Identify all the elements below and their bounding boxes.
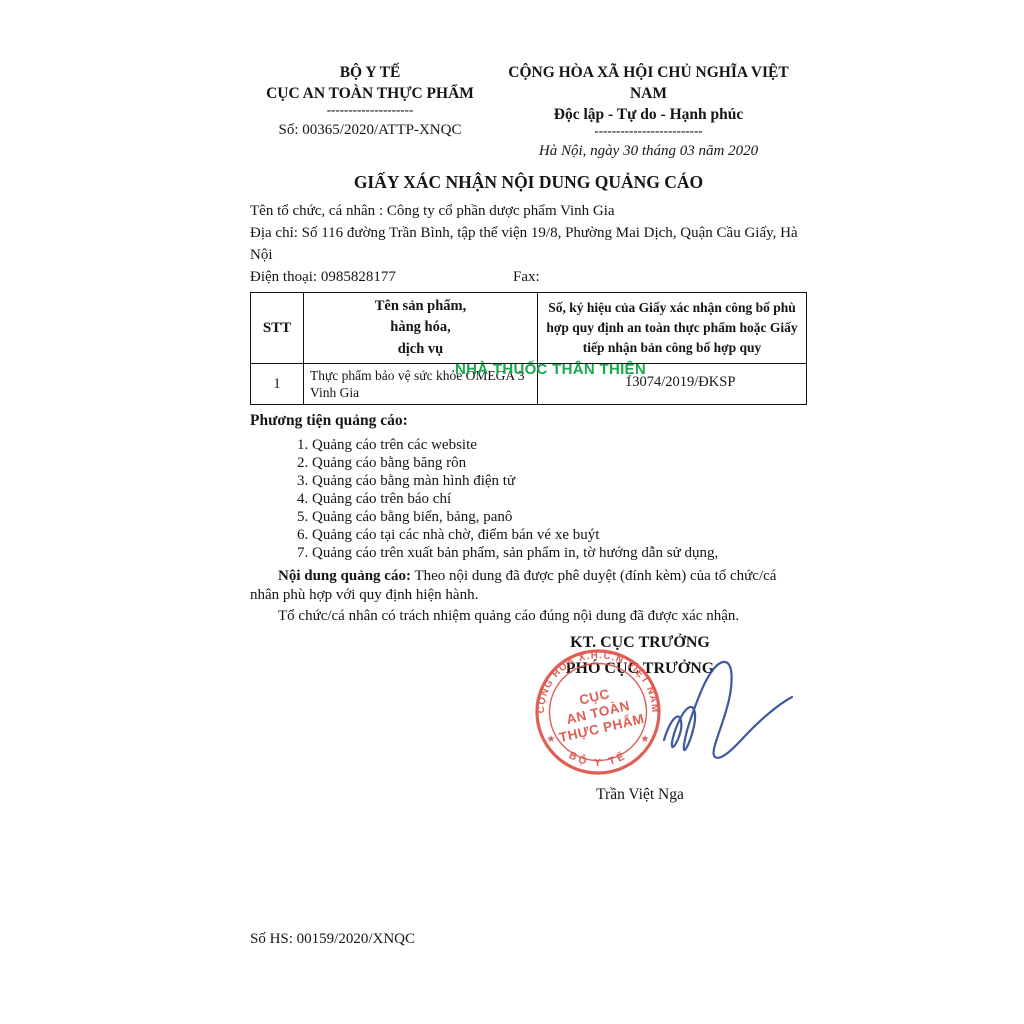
stamp-center-text: CỤC AN TOÀN THỰC PHẨM	[550, 680, 645, 745]
header-stt: STT	[251, 293, 304, 364]
ministry-name: BỘ Y TẾ	[250, 62, 490, 83]
header-product: Tên sản phẩm, hàng hóa, dịch vụ	[304, 293, 538, 364]
document-header: BỘ Y TẾ CỤC AN TOÀN THỰC PHẨM ----------…	[250, 62, 807, 162]
date-place-line: Hà Nội, ngày 30 tháng 03 năm 2020	[490, 141, 807, 162]
header-divider-right: -------------------------	[490, 125, 807, 137]
signature-stroke	[664, 662, 792, 758]
fax-label: Fax:	[513, 266, 540, 288]
address-line: Địa chỉ: Số 116 đường Trần Bình, tập thể…	[250, 222, 807, 266]
signer-name: Trần Việt Nga	[515, 786, 765, 804]
media-section-heading: Phương tiện quảng cáo:	[250, 410, 807, 432]
media-item: 5. Quảng cáo bằng biển, bảng, panô	[297, 508, 807, 526]
stamp-arc-bottom-text: BỘ Y TẾ	[567, 748, 630, 769]
header-right-column: CỘNG HÒA XÃ HỘI CHỦ NGHĨA VIỆT NAM Độc l…	[490, 62, 807, 162]
header-product-line: dịch vụ	[306, 339, 535, 360]
phone-line: Điện thoại: 0985828177	[250, 266, 513, 288]
organization-info: Tên tổ chức, cá nhân : Công ty cổ phần d…	[250, 200, 807, 288]
department-name: CỤC AN TOÀN THỰC PHẨM	[250, 83, 490, 104]
responsibility-paragraph: Tổ chức/cá nhân có trách nhiệm quảng cáo…	[250, 607, 807, 626]
country-title: CỘNG HÒA XÃ HỘI CHỦ NGHĨA VIỆT NAM	[490, 62, 807, 104]
header-product-line: hàng hóa,	[306, 317, 535, 338]
national-motto: Độc lập - Tự do - Hạnh phúc	[490, 104, 807, 125]
header-certificate: Số, ký hiệu của Giấy xác nhận công bố ph…	[538, 293, 807, 364]
svg-text:BỘ Y TẾ: BỘ Y TẾ	[567, 748, 630, 769]
content-paragraph: Nội dung quảng cáo: Theo nội dung đã đượ…	[250, 567, 807, 604]
hs-number: Số HS: 00159/2020/XNQC	[250, 931, 415, 948]
media-item: 7. Quảng cáo trên xuất bản phẩm, sản phẩ…	[297, 544, 807, 562]
star-icon-left: ★	[547, 734, 556, 745]
media-item: 6. Quảng cáo tại các nhà chờ, điểm bán v…	[297, 526, 807, 544]
stt-cell: 1	[251, 364, 304, 405]
table-header-row: STT Tên sản phẩm, hàng hóa, dịch vụ Số, …	[251, 293, 807, 364]
phone-fax-row: Điện thoại: 0985828177 Fax:	[250, 266, 807, 288]
signature-ink-icon	[646, 648, 796, 773]
organization-line: Tên tổ chức, cá nhân : Công ty cổ phần d…	[250, 200, 807, 222]
pharmacy-watermark: NHÀ THUỐC THÂN THIỆN	[455, 361, 646, 378]
document-title: GIẤY XÁC NHẬN NỘI DUNG QUẢNG CÁO	[250, 170, 807, 195]
header-divider-left: --------------------	[250, 104, 490, 116]
content-label: Nội dung quảng cáo:	[278, 568, 411, 584]
header-product-line: Tên sản phẩm,	[306, 296, 535, 317]
header-left-column: BỘ Y TẾ CỤC AN TOÀN THỰC PHẨM ----------…	[250, 62, 490, 162]
document-number: Số: 00365/2020/ATTP-XNQC	[250, 120, 490, 141]
media-list: 1. Quảng cáo trên các website 2. Quảng c…	[250, 436, 807, 562]
products-table: STT Tên sản phẩm, hàng hóa, dịch vụ Số, …	[250, 292, 807, 405]
media-item: 1. Quảng cáo trên các website	[297, 436, 807, 454]
media-item: 2. Quảng cáo bằng băng rôn	[297, 454, 807, 472]
media-item: 3. Quảng cáo bằng màn hình điện tử	[297, 472, 807, 490]
document-page: BỘ Y TẾ CỤC AN TOÀN THỰC PHẨM ----------…	[0, 0, 1024, 1024]
media-item: 4. Quảng cáo trên báo chí	[297, 490, 807, 508]
